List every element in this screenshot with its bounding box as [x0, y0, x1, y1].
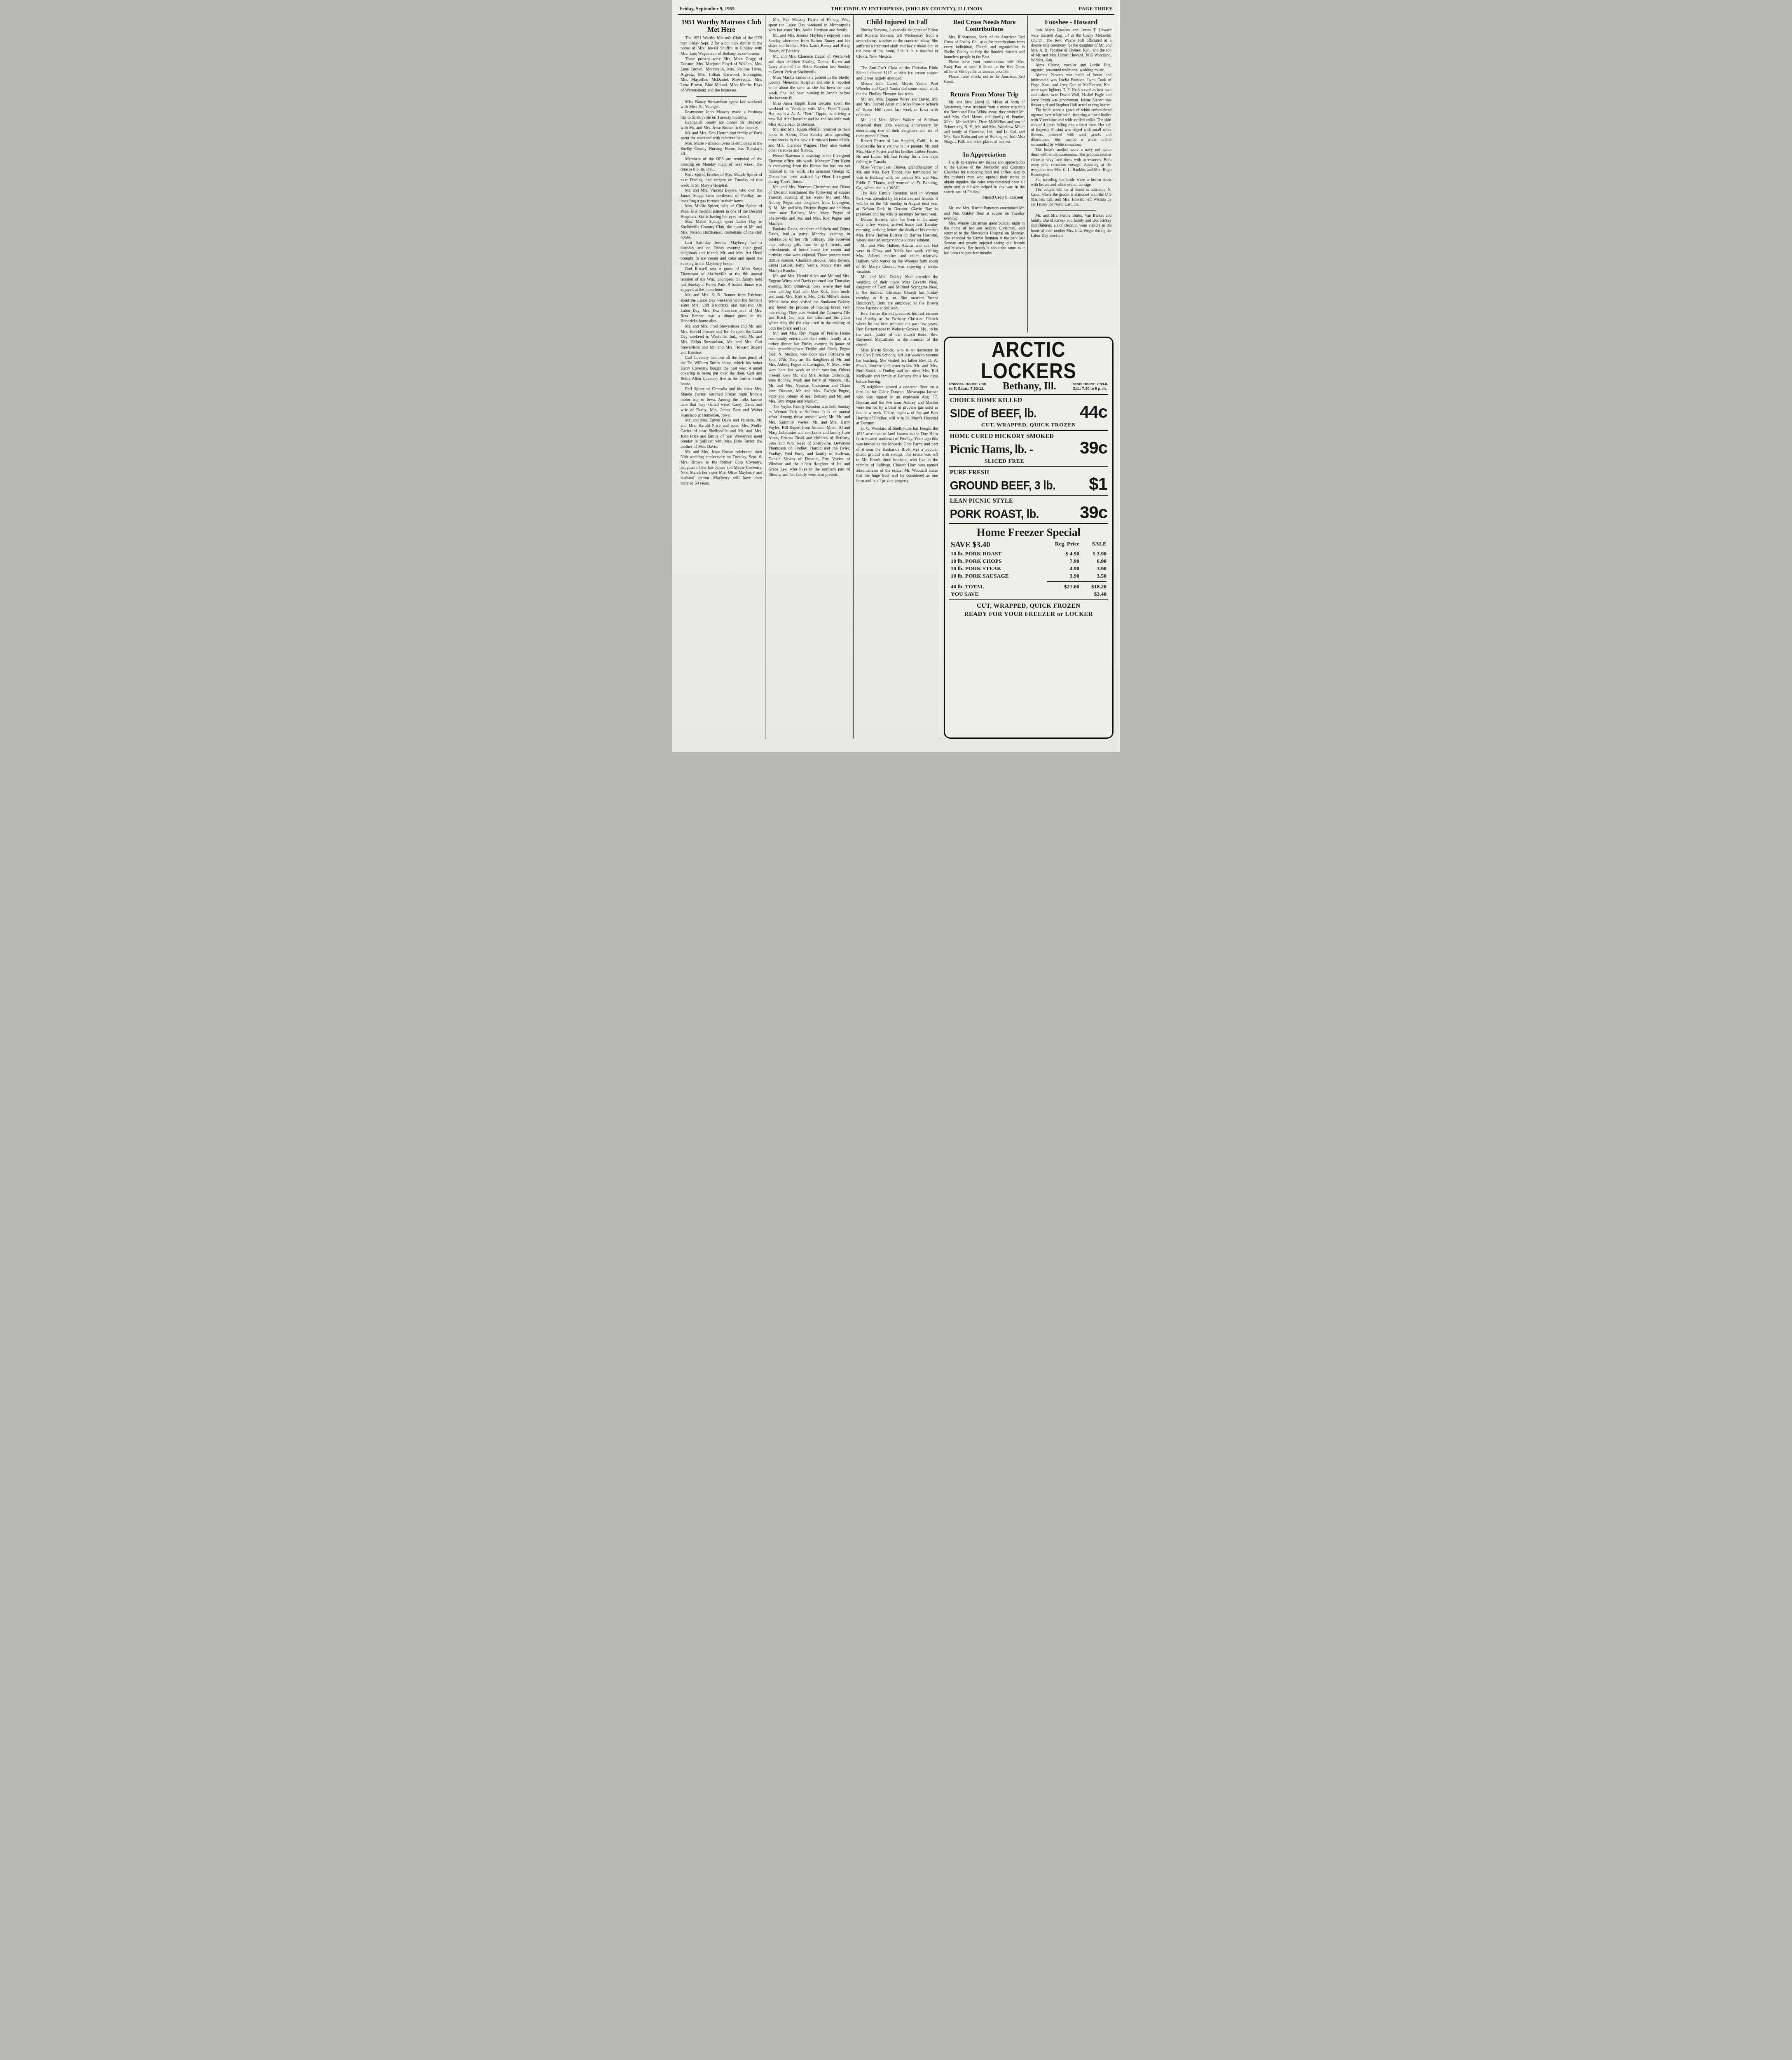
- ad-store-hours: Store Hours: 7:30-6. Sat.: 7:30 to 9 p. …: [1073, 382, 1108, 391]
- right-top-columns: Red Cross Needs More Contributions Mrs. …: [941, 15, 1114, 332]
- story-separator: [1046, 210, 1096, 211]
- paragraph: Bud Russell was a guest of Miss Sonja Th…: [681, 267, 762, 293]
- column2-personals: Mrs. Eva Mauzey Harris of Hersey, Wis., …: [768, 18, 850, 478]
- columns-container: 1951 Worthy Matrons Club Met Here The 19…: [678, 15, 1114, 739]
- ad-item-sub: CUT, WRAPPED, QUICK FROZEN: [949, 421, 1108, 428]
- ad-rule: [949, 430, 1108, 431]
- headline-child-injured: Child Injured In Fall: [857, 19, 937, 26]
- paragraph: Mr. and Mrs. Harold Patterson entertaine…: [944, 206, 1025, 221]
- motor-trip-body: Mr. and Mrs. Lloyd O. Miller of north of…: [944, 100, 1025, 145]
- total-row-reg: $21.60: [1047, 583, 1079, 590]
- headline-red-cross: Red Cross Needs More Contributions: [945, 19, 1024, 33]
- reg-price-header: Reg. Price: [1047, 541, 1079, 550]
- paragraph: Postmaster John Mauzey made a business t…: [681, 110, 762, 120]
- paragraph: Shirley Stevens, 2-year-old daughter of …: [856, 28, 938, 59]
- story-separator: [959, 148, 1009, 148]
- arctic-lockers-ad: ARCTIC LOCKERS Process. Hours: 7:30 to 5…: [944, 337, 1114, 739]
- ad-item-ground-beef: PURE FRESH GROUND BEEF, 3 lb. $1: [949, 469, 1108, 493]
- you-save-name: YOU SAVE: [951, 591, 1047, 597]
- total-row-name: 40 lb. TOTAL: [951, 583, 1047, 590]
- paragraph: Mr. and Mrs. Halbert Adams and son Hal w…: [856, 243, 938, 275]
- ad-footer-line1: CUT, WRAPPED, QUICK FROZEN: [949, 603, 1108, 610]
- paragraph: Mr. and Mrs. Roy Pogue of Prairie Home c…: [768, 331, 850, 405]
- fooshee-howard-body: Lois Marie Fooshee and James T. Howard w…: [1031, 28, 1111, 207]
- you-save-value: $3.40: [1079, 591, 1107, 597]
- story-separator: [872, 63, 922, 63]
- paragraph: Almina Parsons was maid of honor and bri…: [1031, 73, 1111, 108]
- ad-item-hams: HOME CURED HICKORY SMOKED Picnic Hams, l…: [949, 433, 1108, 464]
- paragraph: Mrs. Richardson, Sec'y. of the American …: [944, 35, 1025, 60]
- paragraph: Miss Anna Tippitt from Decatur spent the…: [768, 101, 850, 127]
- sale-header: SALE: [1079, 541, 1107, 550]
- column1-personals: Miss Nancy Stewardson spent last weekend…: [681, 100, 762, 487]
- ad-item-line: SIDE of BEEF, lb. 44c: [950, 404, 1107, 421]
- paragraph: Mr. and Mrs. Harold Allen and Mr. and Mr…: [768, 274, 850, 332]
- paragraph: The Ray Family Reunion held in Wyman Par…: [856, 191, 938, 217]
- paragraph: Mr .and Mrs. Edwin Davis and Paulette, M…: [681, 418, 762, 449]
- ad-rule: [949, 466, 1108, 467]
- ad-rule: [949, 599, 1108, 600]
- paragraph: Mr. and Mrs. S. R. Benner from Fairbury …: [681, 293, 762, 324]
- freezer-special: Home Freezer Special SAVE $3.40 Reg. Pri…: [949, 526, 1108, 597]
- paragraph: 25 neighbors poured a concrete floor on …: [856, 385, 938, 427]
- paragraph: Mr. and Mrs. Norman Christman and Diane …: [768, 185, 850, 227]
- ad-item-price: 44c: [1080, 404, 1107, 420]
- paragraph: The couple will be at home in Edenton, N…: [1031, 187, 1111, 207]
- special-row-reg: 3.90: [1047, 573, 1079, 579]
- paragraph: Hersel Bateman is assisting in the Liver…: [768, 154, 850, 185]
- paragraph: Mr. and Mrs. Ralph Pfeiffer returned to …: [768, 127, 850, 153]
- ad-rule: [949, 523, 1108, 524]
- paragraph: Lois Marie Fooshee and James T. Howard w…: [1031, 28, 1111, 63]
- column4-personals: Mr. and Mrs. Harold Patterson entertaine…: [944, 206, 1025, 256]
- paragraph: Mrs. Winnie Christman spent Sunday night…: [944, 221, 1025, 256]
- ad-item-beef: CHOICE HOME KILLED SIDE of BEEF, lb. 44c…: [949, 397, 1108, 428]
- paragraph: Mr. and Mrs. Lloyd O. Miller of north of…: [944, 100, 1025, 145]
- child-injured-body: Shirley Stevens, 2-year-old daughter of …: [856, 28, 938, 59]
- special-row-reg: $ 4.90: [1047, 550, 1079, 557]
- total-row-sale: $18.20: [1079, 583, 1107, 590]
- paragraph: The bride wore a gown of white embroider…: [1031, 108, 1111, 148]
- story-separator: [959, 88, 1009, 88]
- paragraph: Ross Spicer, brother of Mrs. Maude Spice…: [681, 173, 762, 188]
- paragraph: Mr. and Mrs. Ferdie Burks, Van Barker an…: [1031, 213, 1111, 238]
- paragraph: Miss Marie Shuck, who is an instructor i…: [856, 348, 938, 385]
- spacer: [1047, 591, 1079, 597]
- ad-item-pork-roast: LEAN PICNIC STYLE PORK ROAST, lb. 39c: [949, 498, 1108, 521]
- ad-item-line: GROUND BEEF, 3 lb. $1: [950, 476, 1107, 493]
- red-cross-body: Mrs. Richardson, Sec'y. of the American …: [944, 35, 1025, 85]
- paragraph: Miss Nancy Stewardson spent last weekend…: [681, 100, 762, 110]
- page-number: PAGE THREE: [1079, 6, 1113, 12]
- ad-item-name: SIDE of BEEF, lb.: [950, 407, 1037, 421]
- paragraph: Mr. and Mrs. Jerome Mayberry enjoyed vis…: [768, 33, 850, 54]
- paragraph: Miss Velma Jean Tinnea, granddaughter of…: [856, 165, 938, 191]
- freezer-special-table: SAVE $3.40 Reg. Price SALE 10 lb. PORK R…: [951, 541, 1107, 597]
- freezer-special-title: Home Freezer Special: [949, 526, 1108, 539]
- special-row-name: 10 lb. PORK STEAK: [951, 565, 1047, 572]
- ad-rule: [949, 394, 1108, 395]
- paragraph: Mr. and Mrs. Don Herron and family of Pa…: [681, 131, 762, 141]
- ad-title: ARCTIC LOCKERS: [949, 339, 1108, 381]
- paragraph: Carl Coventry has torn off the front por…: [681, 356, 762, 387]
- ad-item-name: Picnic Hams, lb. -: [950, 442, 1033, 457]
- special-row-name: 10 lb. PORK SAUSAGE: [951, 573, 1047, 579]
- ad-rule: [949, 495, 1108, 496]
- column-3: Child Injured In Fall Shirley Stevens, 2…: [854, 15, 941, 739]
- ad-footer-line2: READY FOR YOUR FREEZER or LOCKER: [949, 611, 1108, 618]
- special-row-sale: 6.90: [1079, 558, 1107, 564]
- paragraph: Mr. and Mrs. Fred Stewardson and Mr. and…: [681, 324, 762, 356]
- paragraph: The Anti-Can't Class of the Christian Bi…: [856, 66, 938, 82]
- paragraph: The bride's mother wore a navy net nylon…: [1031, 147, 1111, 177]
- paragraph: Messrs John Carrol, Morris Yantis, Paul …: [856, 82, 938, 97]
- paragraph: The 1951 Worthy Matron's Club of the OES…: [681, 36, 762, 57]
- paragraph: Mr. and Mrs. Albert Walker of Sullivan o…: [856, 118, 938, 139]
- paragraph: Alma Chisne, vocalist and Lucile Bug, or…: [1031, 63, 1111, 73]
- newspaper-page: Friday, September 9, 1955 THE FINDLAY EN…: [672, 0, 1120, 752]
- paragraph: Mr. and Mrs. Clarence Dagen of Westervel…: [768, 54, 850, 75]
- paragraph: Dennis Burress, who has been in Germany …: [856, 218, 938, 243]
- paragraph: Mrs. Mollie Spicer, wife of Clint Spicer…: [681, 204, 762, 220]
- paragraph: Rev. James Barnett preached his last ser…: [856, 311, 938, 348]
- special-row-reg: 7.90: [1047, 558, 1079, 564]
- special-row-name: 10 lb. PORK ROAST: [951, 550, 1047, 557]
- column5-personals: Mr. and Mrs. Ferdie Burks, Van Barker an…: [1031, 213, 1111, 238]
- paragraph: Miss Martha James is a patient in the Sh…: [768, 75, 850, 101]
- paragraph: Mr. and Mrs. Oakley Neal attended the we…: [856, 275, 938, 311]
- paragraph: For traveling the bride wore a brown dre…: [1031, 178, 1111, 187]
- paragraph: Mrs. Eva Mauzey Harris of Hersey, Wis., …: [768, 18, 850, 33]
- masthead: THE FINDLAY ENTERPRISE, (SHELBY COUNTY),…: [831, 6, 983, 12]
- paragraph: G. C. Woodard of Shelbyville has bought …: [856, 426, 938, 484]
- story-separator: [959, 203, 1009, 203]
- paragraph: Those present were Mrs. Marv Gragg of De…: [681, 57, 762, 94]
- column-1: 1951 Worthy Matrons Club Met Here The 19…: [678, 15, 765, 739]
- headline-motor-trip: Return From Motor Trip: [945, 91, 1024, 98]
- story-separator: [696, 96, 747, 97]
- paragraph: Members of the OES are reminded of the m…: [681, 157, 762, 173]
- paragraph: Please leave your contributions with Mrs…: [944, 60, 1025, 75]
- right-section: Red Cross Needs More Contributions Mrs. …: [941, 15, 1114, 739]
- ad-item-price: $1: [1089, 476, 1107, 492]
- paragraph: Earl Spicer of Centralia and his sister …: [681, 387, 762, 418]
- page-header: Friday, September 9, 1955 THE FINDLAY EN…: [678, 4, 1114, 13]
- appreciation-signature: Sheriff Cecil C. Clausen: [944, 195, 1023, 200]
- column-4: Red Cross Needs More Contributions Mrs. …: [941, 15, 1028, 332]
- paragraph: The Voyles Family Reunion was held Sunda…: [768, 405, 850, 478]
- total-separator: [1047, 581, 1107, 582]
- ad-item-price: 39c: [1080, 440, 1107, 456]
- paragraph: Last Saturday Jerome Mayberry had a birt…: [681, 241, 762, 267]
- ad-item-sub: SLICED FREE: [985, 458, 1108, 464]
- ad-item-kicker: PURE FRESH: [950, 469, 1108, 476]
- paragraph: Mrs. Marie Patterson ,who is employed at…: [681, 141, 762, 157]
- paragraph: Robert Foster of Los Angeles, Calif., is…: [856, 139, 938, 165]
- ad-item-line: PORK ROAST, lb. 39c: [950, 505, 1107, 521]
- ad-item-line: Picnic Hams, lb. - 39c: [950, 440, 1107, 457]
- paragraph: Paulette Davis, daughter of Edwin and Ze…: [768, 227, 850, 274]
- worthy-matrons-body: The 1951 Worthy Matron's Club of the OES…: [681, 36, 762, 94]
- save-label: SAVE $3.40: [951, 541, 1047, 550]
- ad-item-price: 39c: [1080, 505, 1107, 520]
- special-row-name: 10 lb. PORK CHOPS: [951, 558, 1047, 564]
- paragraph: Please make checks out to the American R…: [944, 75, 1025, 84]
- issue-date: Friday, September 9, 1955: [679, 6, 735, 12]
- special-row-reg: 4.90: [1047, 565, 1079, 572]
- spacer: [951, 580, 1047, 583]
- column3-personals: The Anti-Can't Class of the Christian Bi…: [856, 66, 938, 484]
- headline-in-appreciation: In Appreciation: [945, 151, 1024, 158]
- appreciation-body: I wish to express my thanks and apprecia…: [944, 160, 1025, 195]
- paragraph: Mrs. Mabel Spaugh spent Labor Day in She…: [681, 220, 762, 241]
- special-row-sale: 3.90: [1079, 565, 1107, 572]
- ad-item-name: PORK ROAST, lb.: [950, 508, 1039, 521]
- paragraph: Mr. and Mrs. Eugene Wirey and David, Mr.…: [856, 97, 938, 118]
- paragraph: I wish to express my thanks and apprecia…: [944, 160, 1025, 195]
- headline-worthy-matrons: 1951 Worthy Matrons Club Met Here: [681, 19, 761, 34]
- column-5: Fooshee - Howard Lois Marie Fooshee and …: [1028, 15, 1114, 332]
- special-row-sale: 3.50: [1079, 573, 1107, 579]
- column-2: Mrs. Eva Mauzey Harris of Hersey, Wis., …: [765, 15, 853, 739]
- paragraph: Mr. and Mrs. Jesse Brown celebrated thei…: [681, 450, 762, 487]
- special-row-sale: $ 3.90: [1079, 550, 1107, 557]
- headline-fooshee-howard: Fooshee - Howard: [1032, 19, 1111, 26]
- ad-item-name: GROUND BEEF, 3 lb.: [950, 479, 1056, 493]
- paragraph: Evangelist Roady ate dinner on Thursday …: [681, 120, 762, 131]
- paragraph: Mr. and Mrs. Vincent Beyers, who own the…: [681, 188, 762, 204]
- ad-process-hours: Process. Hours: 7:30 to 5; Satur.: 7:30-…: [949, 382, 986, 391]
